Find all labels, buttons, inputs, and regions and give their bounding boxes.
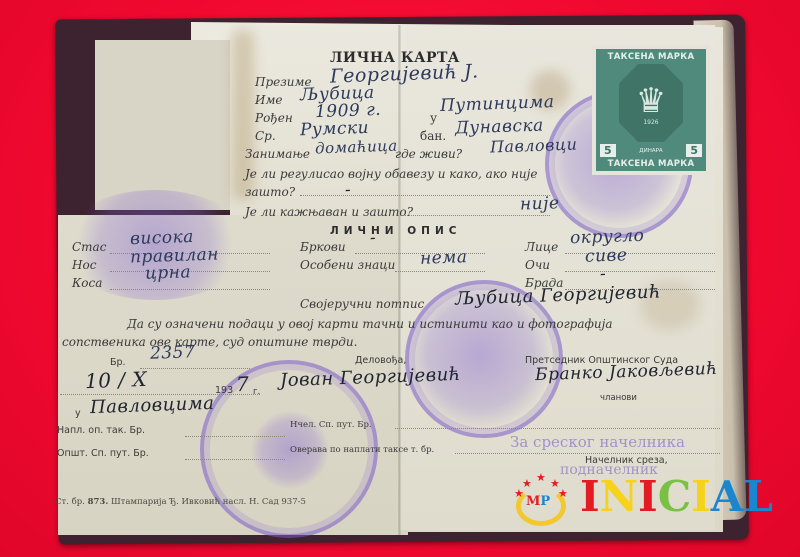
tax-stamp-denomination: ДИНАРА <box>639 148 662 154</box>
district-stamp-text: За среског начелника <box>510 433 685 451</box>
dotted-line <box>565 271 715 272</box>
star-icon: ★ <box>536 472 546 483</box>
year-suffix: 7 <box>236 372 250 396</box>
tax-stamp-year: 1926 <box>643 119 658 126</box>
issue-date-value: 10 / X <box>85 367 148 393</box>
build-label: Стас <box>72 240 106 254</box>
logo-emblem-icon: ★ ★ ★ ★ ★ MP <box>512 472 570 528</box>
district-label: Ср. <box>255 129 276 143</box>
banovina-label: бан. <box>420 129 446 143</box>
face-label: Лице <box>525 240 558 254</box>
residence-value: Павловци <box>490 134 578 156</box>
certification-line-1: Да су означени подаци у овој карти тачни… <box>127 317 612 331</box>
eyes-label: Очи <box>525 258 550 272</box>
worn-paper-patch <box>95 40 230 210</box>
travel-label: Општ. Сп. пут. Бр. <box>57 448 149 459</box>
logo-monogram: MP <box>526 494 550 509</box>
signature-label: Својеручни потпис <box>300 297 424 311</box>
dotted-line <box>185 459 285 460</box>
first-name-label: Име <box>255 93 283 107</box>
tax-stamp-label-top: ТАКСЕНА МАРКА <box>608 52 695 62</box>
district-value: Румски <box>300 118 370 140</box>
mustache-value: - <box>370 228 377 248</box>
born-place-value: Путинцима <box>440 92 555 116</box>
printer-line-prefix: Ст. бр. <box>55 497 85 507</box>
travel-chief-label: Нчел. Сп. пут. Бр. <box>290 420 372 430</box>
mustache-label: Бркови <box>300 240 346 254</box>
born-label: Рођен <box>255 111 293 125</box>
logo-letter: C <box>658 472 691 521</box>
marks-value: нема <box>420 247 468 269</box>
logo-letter: A <box>711 472 744 521</box>
number-value: 2357 <box>150 342 196 364</box>
year-g: г. <box>253 387 260 397</box>
star-icon: ★ <box>514 488 524 499</box>
dotted-line <box>395 271 485 272</box>
clerk-label: Деловођа, <box>355 355 406 366</box>
punished-answer: није <box>520 193 560 214</box>
description-heading: ЛИЧНИ ОПИС <box>330 225 461 237</box>
dotted-line <box>185 436 285 437</box>
double-headed-eagle-icon: ♛ 1926 <box>619 64 683 142</box>
number-label: Бр. <box>110 357 126 368</box>
fee-verified-label: Оверава по наплати таксе т. бр. <box>290 445 434 455</box>
logo-letter: I <box>638 472 658 521</box>
logo-letter: I <box>580 472 600 521</box>
occupation-value: домаћица <box>315 137 398 158</box>
dotted-line <box>455 453 720 454</box>
printer-number: 873. <box>88 497 109 507</box>
beard-value: - <box>600 264 607 284</box>
tax-stamp: ТАКСЕНА МАРКА ♛ 1926 5 ДИНАРА 5 ТАКСЕНА … <box>592 45 710 175</box>
star-icon: ★ <box>558 488 568 499</box>
logo-letter: L <box>743 472 773 521</box>
logo-wordmark: INICIAL <box>580 472 773 522</box>
issue-place-value: Павловцима <box>90 393 215 418</box>
tax-stamp-label-bottom: ТАКСЕНА МАРКА <box>608 159 695 169</box>
dotted-line <box>395 428 720 429</box>
nose-label: Нос <box>72 258 96 272</box>
tax-stamp-value-left: 5 <box>600 144 616 157</box>
center-fold <box>398 25 401 535</box>
military-answer: - <box>345 180 352 200</box>
printer-line-text: Штампарија Ђ. Ивковић насл. Н. Сад 937-5 <box>111 497 306 507</box>
fee-label: Напл. оп. так. Бр. <box>57 425 145 436</box>
members-label: чланови <box>600 393 637 403</box>
logo-letter: I <box>691 472 711 521</box>
punished-question: Је ли кажњаван и зашто? <box>245 205 413 219</box>
residence-label: где живи? <box>395 147 462 161</box>
occupation-label: Занимање <box>245 147 310 161</box>
dotted-line <box>140 368 250 369</box>
tax-stamp-value-right: 5 <box>686 144 702 157</box>
logo-letter: N <box>600 472 638 521</box>
military-question: Је ли регулисао војну обавезу и како, ак… <box>245 167 537 181</box>
born-place-label: у <box>430 111 437 125</box>
eyes-value: сиве <box>585 245 628 266</box>
printer-line: Ст. бр. 873. Штампарија Ђ. Ивковић насл.… <box>55 497 306 507</box>
inicial-watermark-logo: ★ ★ ★ ★ ★ MP INICIAL <box>510 470 780 530</box>
place-prefix: у <box>75 408 81 419</box>
dotted-line <box>300 195 550 196</box>
marks-label: Особени знаци <box>300 258 395 272</box>
face-value: округло <box>570 226 645 249</box>
dotted-line <box>400 215 550 216</box>
military-why-label: зашто? <box>245 185 295 199</box>
certification-line-2: сопственика ове карте, суд општине тврди… <box>62 335 357 349</box>
hair-label: Коса <box>72 276 102 290</box>
dotted-line <box>110 289 270 290</box>
hair-value: црна <box>145 262 192 284</box>
